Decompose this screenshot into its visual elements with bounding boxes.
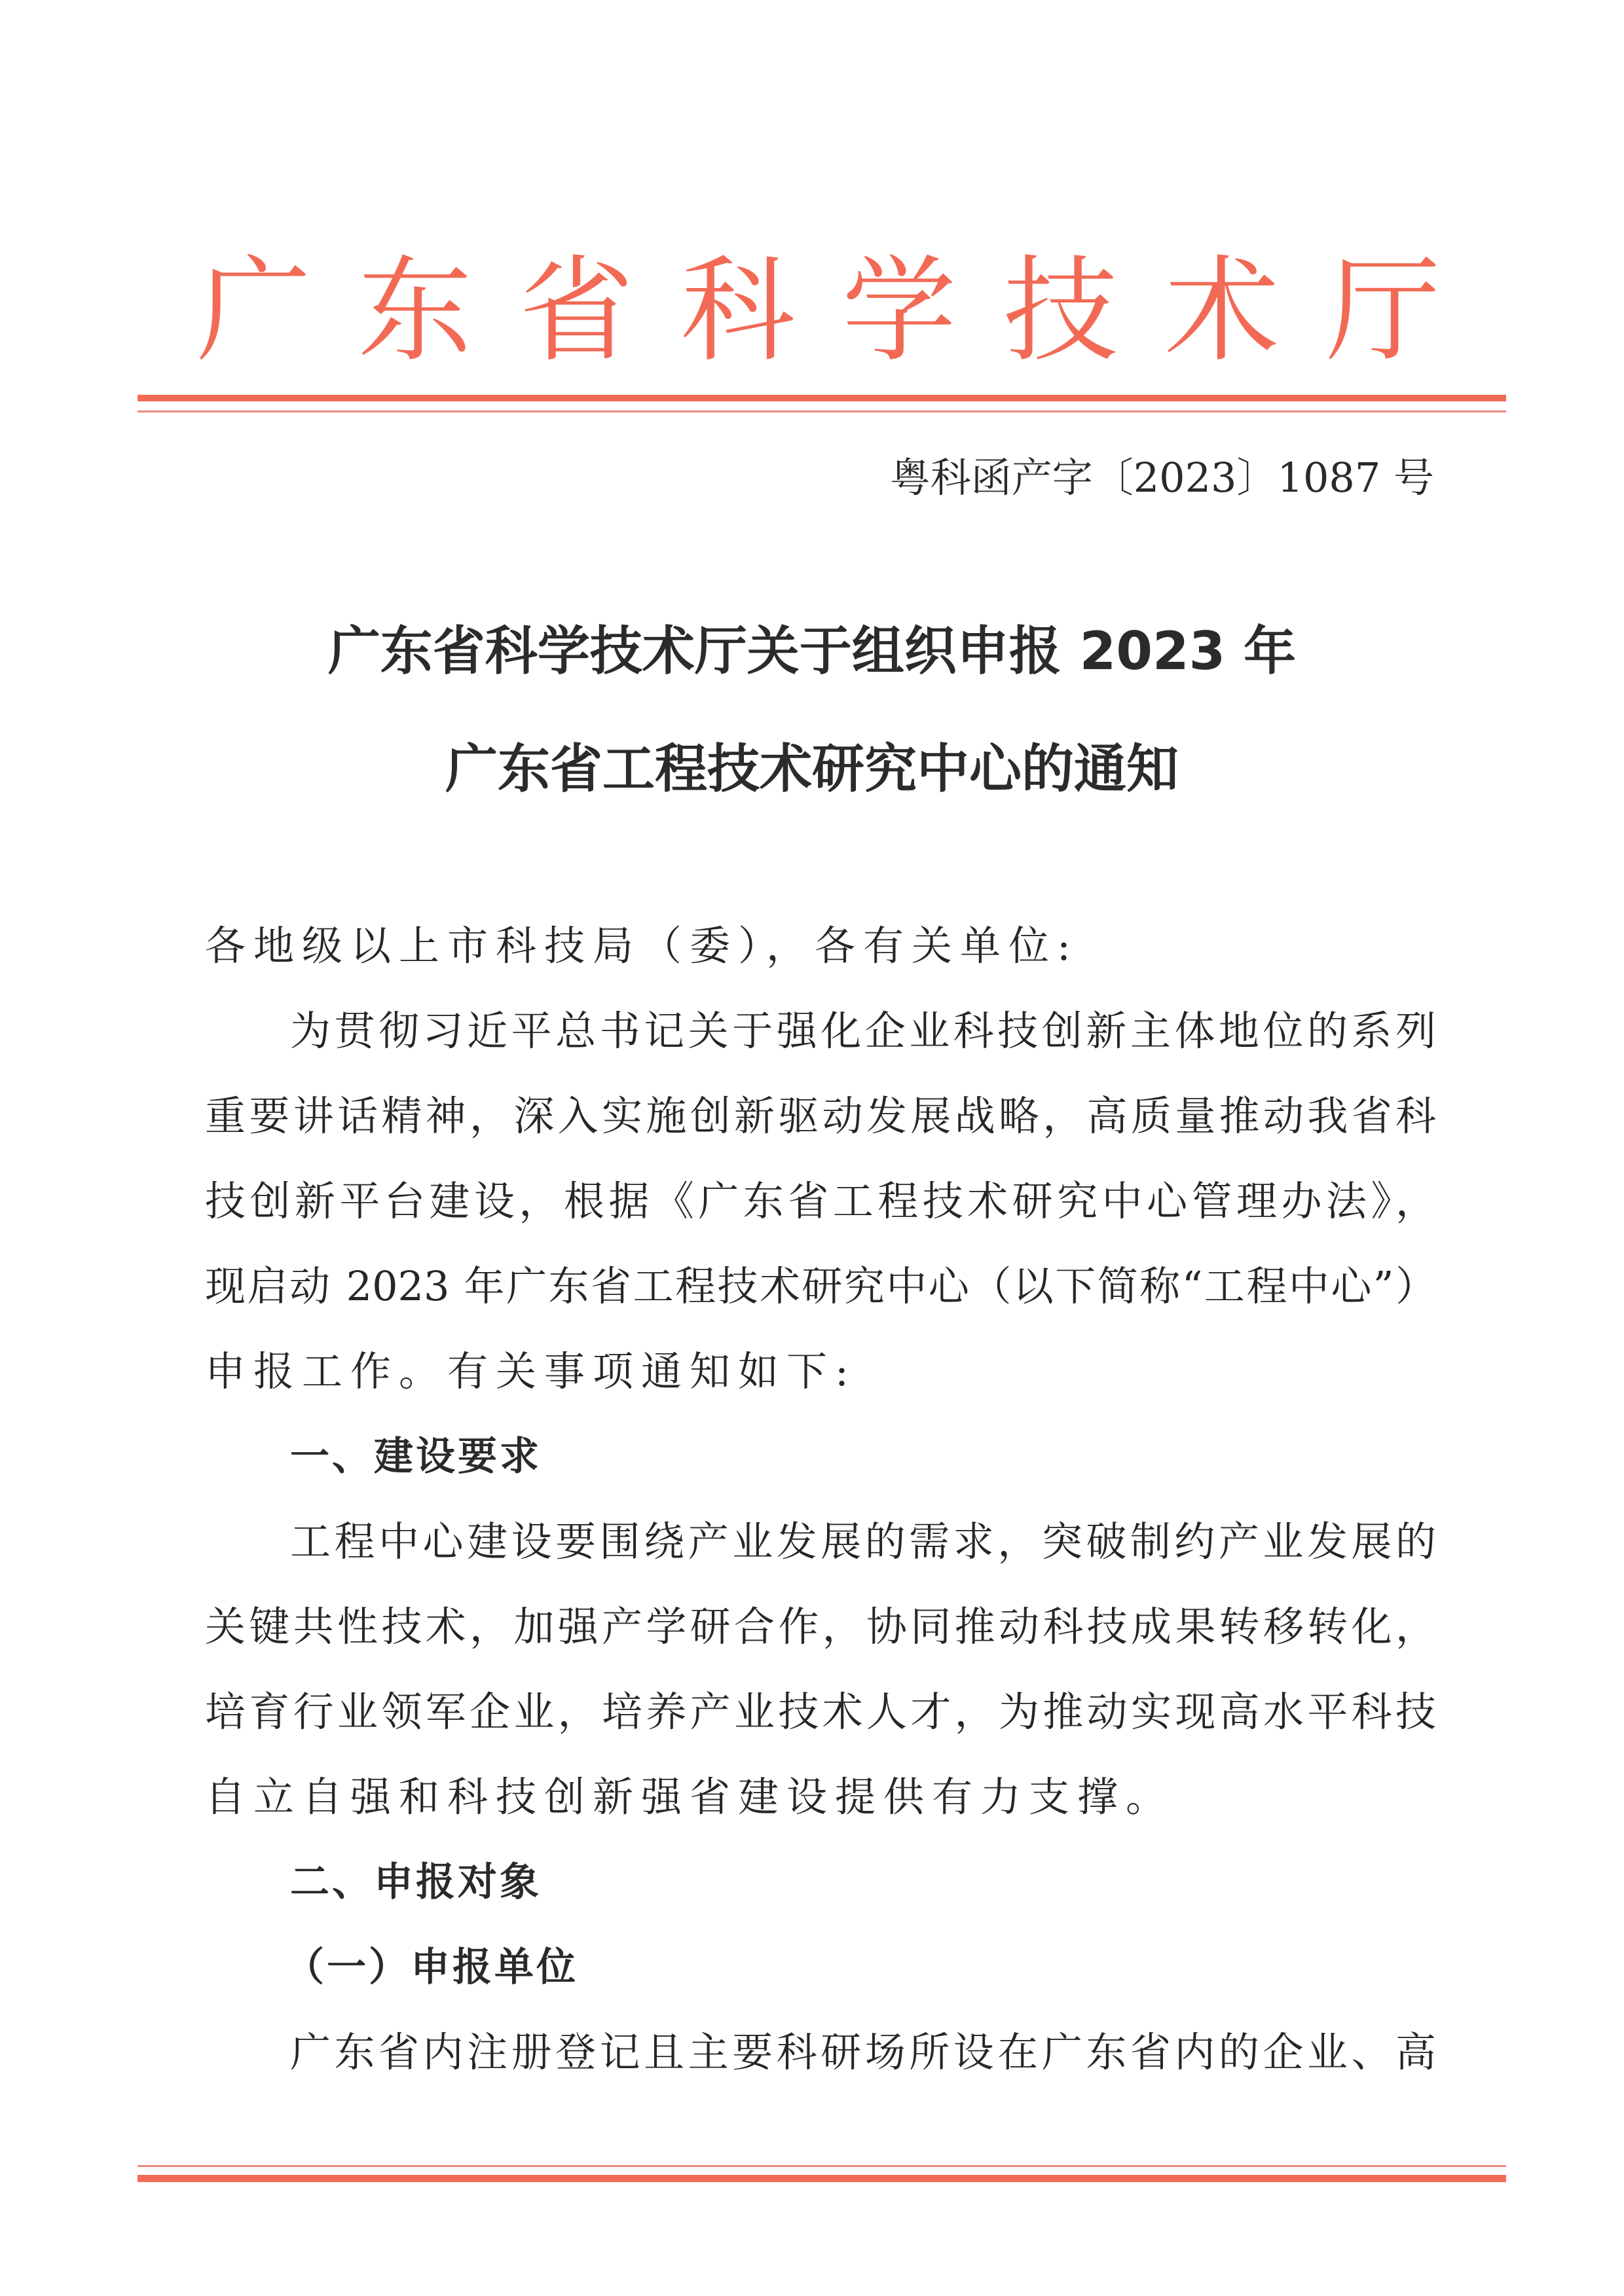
masthead-char: 厅	[1326, 254, 1441, 369]
masthead-char: 术	[1165, 254, 1280, 369]
subsection-heading: （一）申报单位	[285, 1941, 578, 1994]
masthead-char: 省	[519, 254, 634, 369]
paragraph-line: 技创新平台建设，根据《广东省工程技术研究中心管理办法》，	[205, 1175, 1436, 1228]
document-title-line1: 广东省科学技术厅关于组织申报 2023 年	[0, 619, 1624, 684]
paragraph-line: 广东省内注册登记且主要科研场所设在广东省内的企业、高	[290, 2026, 1436, 2079]
paragraph-line: 自立自强和科技创新强省建设提供有力支撑。	[205, 1771, 1436, 1823]
document-title-line2: 广东省工程技术研究中心的通知	[0, 737, 1624, 802]
masthead-char: 学	[842, 254, 957, 369]
masthead-divider-thick	[138, 395, 1506, 401]
masthead-char: 广	[196, 254, 311, 369]
paragraph-line: 现启动 2023 年广东省工程技术研究中心（以下简称“工程中心”）	[205, 1260, 1436, 1313]
paragraph-line: 关键共性技术，加强产学研合作，协同推动科技成果转移转化，	[205, 1601, 1436, 1653]
paragraph-line: 申报工作。有关事项通知如下:	[205, 1345, 1436, 1398]
footer-divider-thin	[138, 2165, 1506, 2167]
masthead-char: 技	[1003, 254, 1118, 369]
paragraph-line: 重要讲话精神，深入实施创新驱动发展战略，高质量推动我省科	[205, 1090, 1436, 1142]
footer-divider-thick	[138, 2175, 1506, 2182]
paragraph-line: 工程中心建设要围绕产业发展的需求，突破制约产业发展的	[290, 1516, 1436, 1568]
document-number: 粤科函产字〔2023〕1087 号	[890, 452, 1434, 504]
masthead-divider-thin	[138, 410, 1506, 412]
masthead-issuer: 广 东 省 科 学 技 术 厅	[196, 242, 1441, 380]
section-heading: 一、建设要求	[290, 1430, 542, 1483]
salutation: 各地级以上市科技局（委），各有关单位:	[205, 920, 1436, 972]
paragraph-line: 培育行业领军企业，培养产业技术人才，为推动实现高水平科技	[205, 1686, 1436, 1738]
masthead-char: 科	[680, 254, 795, 369]
masthead-char: 东	[358, 254, 472, 369]
paragraph-line: 为贯彻习近平总书记关于强化企业科技创新主体地位的系列	[290, 1005, 1436, 1057]
section-heading: 二、申报对象	[290, 1856, 542, 1908]
